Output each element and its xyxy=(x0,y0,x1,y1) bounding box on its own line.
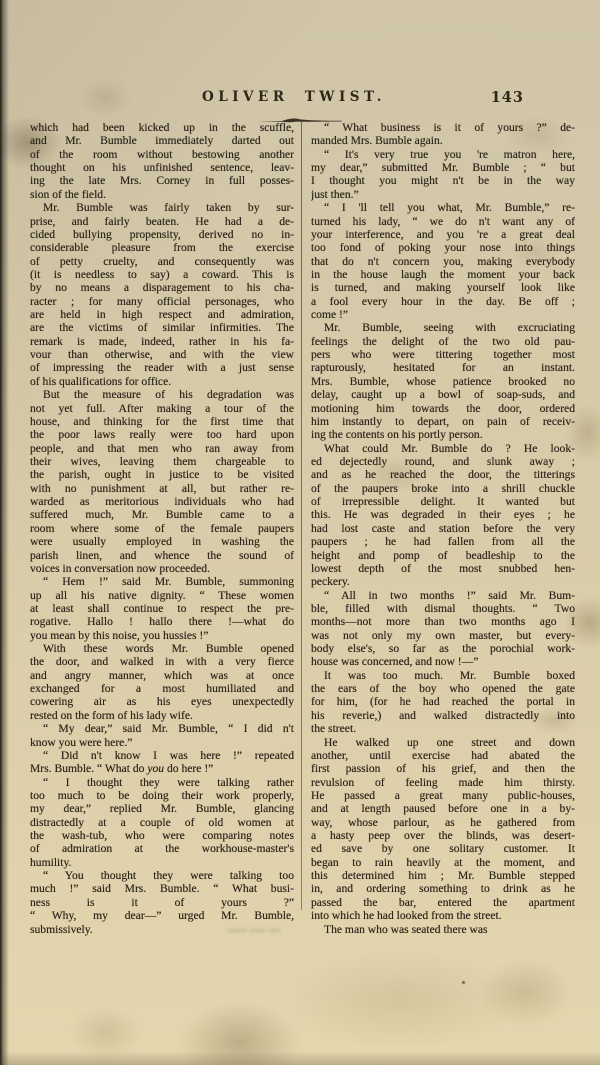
text-line: into which he had looked from the street… xyxy=(311,909,575,922)
text-line: Mrs. Bumble. “ What do you do here !” xyxy=(30,762,294,775)
paragraph: With these words Mr. Bumble openedthe do… xyxy=(30,642,294,722)
text-line: “ It's very true you 're matron here, xyxy=(311,148,575,161)
paragraph: But the measure of his degradation wasno… xyxy=(30,388,294,575)
text-line: voices in conversation now proceeded. xyxy=(30,562,294,575)
text-line: of admiration at the workhouse-master's xyxy=(30,842,294,855)
text-line: What could Mr. Bumble do ? He look- xyxy=(311,442,575,455)
text-line: of petty cruelty, and consequently was xyxy=(30,255,294,268)
text-line: a hasty peep over the blinds, was desert… xyxy=(311,829,575,842)
text-line: “ All in two months !” said Mr. Bum- xyxy=(311,589,575,602)
text-line: lowest depth of the most snubbed hen- xyxy=(311,562,575,575)
text-line: the ears of the boy who opened the gate xyxy=(311,682,575,695)
text-line: revulsion of feeling made him thirsty. xyxy=(311,776,575,789)
text-line: him instantly to depart, on pain of rece… xyxy=(311,415,575,428)
text-line: rapturously, hesitated for an instant. xyxy=(311,361,575,374)
paragraph: “ What business is it of yours ?” de-man… xyxy=(311,121,575,148)
text-line: “ I thought they were talking rather xyxy=(30,776,294,789)
text-line: body else's, so far as the porochial wor… xyxy=(311,642,575,655)
text-line: “ Hem !” said Mr. Bumble, summoning xyxy=(30,575,294,588)
text-line: Mrs. Bumble, whose patience brooked no xyxy=(311,375,575,388)
text-line: for him, (for he had reached the portal … xyxy=(311,695,575,708)
text-line: vour than otherwise, and with the view xyxy=(30,348,294,361)
text-line: a fool every hour in the day. Be off ; xyxy=(311,295,575,308)
text-line: prise, and fairly beaten. He had a de- xyxy=(30,215,294,228)
text-line: just then.” xyxy=(311,188,575,201)
paragraph: “ My dear,” said Mr. Bumble, “ I did n't… xyxy=(30,722,294,749)
text-line: “ Did n't know I was here !” repeated xyxy=(30,749,294,762)
text-line: turned his lady, “ we do n't want any of xyxy=(311,215,575,228)
text-line: way, whose parlour, as he gathered from xyxy=(311,816,575,829)
text-line: ing the late Mrs. Corney in full posses- xyxy=(30,174,294,187)
text-line: room where some of the female paupers xyxy=(30,522,294,535)
book-page: OLIVER TWIST. 143 which had been kicked … xyxy=(0,0,600,1065)
text-line: this determined him ; Mr. Bumble stepped xyxy=(311,869,575,882)
text-columns: which had been kicked up in the scuffle,… xyxy=(30,121,575,936)
text-line: It was too much. Mr. Bumble boxed xyxy=(311,669,575,682)
text-line: cowering air as his eyes unexpectedly xyxy=(30,695,294,708)
text-line: the street. xyxy=(311,722,575,735)
text-line: feelings the delight of the two old pau- xyxy=(311,335,575,348)
text-line: and at length paused before one in a by- xyxy=(311,802,575,815)
text-line: in the house laugh the moment your back xyxy=(311,268,575,281)
text-line: the poor laws really were too hard upon xyxy=(30,428,294,441)
text-line: in, and ordering something to drink as h… xyxy=(311,882,575,895)
text-line: suffered much, Mr. Bumble came to a xyxy=(30,508,294,521)
paragraph: “ All in two months !” said Mr. Bum-ble,… xyxy=(311,589,575,669)
text-line: pers who were tittering together most xyxy=(311,348,575,361)
text-line: my dear,” replied Mr. Bumble, glancing xyxy=(30,802,294,815)
text-line: you mean by this noise, you hussies !” xyxy=(30,629,294,642)
text-line: ed save by one solitary customer. It xyxy=(311,842,575,855)
text-line: humility. xyxy=(30,856,294,869)
text-line: began to rain heavily at the moment, and xyxy=(311,856,575,869)
text-line: with no punishment at all, but rather re… xyxy=(30,482,294,495)
paragraph: The man who was seated there was xyxy=(311,923,575,936)
text-line: ble, filled with dismal thoughts. “ Two xyxy=(311,602,575,615)
text-line: up all his native dignity. “ These women xyxy=(30,589,294,602)
text-line: that do n't concern you, making everybod… xyxy=(311,255,575,268)
paragraph: “ Did n't know I was here !” repeatedMrs… xyxy=(30,749,294,776)
text-line: his reverie,) and walked distractedly in… xyxy=(311,709,575,722)
page-bottom-edge xyxy=(0,1051,600,1065)
text-line: is turned, and making yourself look like xyxy=(311,281,575,294)
text-line: “ My dear,” said Mr. Bumble, “ I did n't xyxy=(30,722,294,735)
text-line: exchanged for a most humiliated and xyxy=(30,682,294,695)
paragraph: “ It's very true you 're matron here,my … xyxy=(311,148,575,201)
text-line: submissively. xyxy=(30,923,294,936)
text-line: “ Why, my dear—” urged Mr. Bumble, xyxy=(30,909,294,922)
text-line: your interference, and you 're a great d… xyxy=(311,228,575,241)
text-line: The man who was seated there was xyxy=(311,923,575,936)
text-line: of his qualifications for office. xyxy=(30,375,294,388)
text-line: passed the bar, entered the apartment xyxy=(311,896,575,909)
text-line: He passed a great many public-houses, xyxy=(311,789,575,802)
paragraph: “ Hem !” said Mr. Bumble, summoningup al… xyxy=(30,575,294,642)
text-line: house was concerned, and now !—” xyxy=(311,655,575,668)
text-line: cided bullying propensity, derived no in… xyxy=(30,228,294,241)
paragraph: It was too much. Mr. Bumble boxedthe ear… xyxy=(311,669,575,736)
text-line: by no means a disparagement to his cha- xyxy=(30,281,294,294)
text-line: come !” xyxy=(311,308,575,321)
text-line: considerable pleasure from the exercise xyxy=(30,241,294,254)
page-number: 143 xyxy=(491,89,524,106)
paragraph: “ I 'll tell you what, Mr. Bumble,” re-t… xyxy=(311,201,575,321)
text-line: Mr. Bumble, seeing with excruciating xyxy=(311,321,575,334)
page-left-edge xyxy=(0,0,9,1065)
text-line: the wash-tub, who were comparing notes xyxy=(30,829,294,842)
text-line: warded as meritorious individuals who ha… xyxy=(30,495,294,508)
text-line: too much to be doing their work properly… xyxy=(30,789,294,802)
paragraph: “ I thought they were talking rathertoo … xyxy=(30,776,294,870)
text-line: were usually employed in washing the xyxy=(30,535,294,548)
text-line: was not only my own master, but every- xyxy=(311,629,575,642)
text-line: house, and thinking for the first time t… xyxy=(30,415,294,428)
right-column: “ What business is it of yours ?” de-man… xyxy=(311,121,575,936)
text-line: of the room without bestowing another xyxy=(30,148,294,161)
text-line: are the victims of similar infirmities. … xyxy=(30,321,294,334)
paragraph: Mr. Bumble was fairly taken by sur-prise… xyxy=(30,201,294,388)
paragraph: which had been kicked up in the scuffle,… xyxy=(30,121,294,201)
text-line: months—not more than two months ago I xyxy=(311,615,575,628)
text-line: remark is made, indeed, rather in his fa… xyxy=(30,335,294,348)
text-line: another, until exercise had abated the xyxy=(311,749,575,762)
text-line: people, and that men who ran away from xyxy=(30,442,294,455)
text-line: are held in high respect and admiration, xyxy=(30,308,294,321)
text-line: With these words Mr. Bumble opened xyxy=(30,642,294,655)
text-line: at least shall continue to respect the p… xyxy=(30,602,294,615)
text-line: manded Mrs. Bumble again. xyxy=(311,134,575,147)
text-line: distractedly at a couple of old women at xyxy=(30,816,294,829)
text-line: “ What business is it of yours ?” de- xyxy=(311,121,575,134)
paragraph: What could Mr. Bumble do ? He look-ed de… xyxy=(311,442,575,589)
running-head: OLIVER TWIST. 143 xyxy=(0,89,600,107)
text-line: sion of the field. xyxy=(30,188,294,201)
text-line: height and pomp of beadleship to the xyxy=(311,549,575,562)
text-line: much !” said Mrs. Bumble. “ What busi- xyxy=(30,882,294,895)
paragraph: “ You thought they were talking toomuch … xyxy=(30,869,294,936)
text-line: and Mr. Bumble immediately darted out xyxy=(30,134,294,147)
text-line: Mr. Bumble was fairly taken by sur- xyxy=(30,201,294,214)
text-line: He walked up one street and down xyxy=(311,736,575,749)
paragraph: Mr. Bumble, seeing with excruciatingfeel… xyxy=(311,321,575,441)
text-line: ed dejectedly round, and slunk away ; xyxy=(311,455,575,468)
text-line: of impressing the reader with a just sen… xyxy=(30,361,294,374)
paragraph: He walked up one street and downanother,… xyxy=(311,736,575,923)
text-line: ness is it of yours ?” xyxy=(30,896,294,909)
text-line: know you were here.” xyxy=(30,736,294,749)
text-line: thought on his unfinished sentence, leav… xyxy=(30,161,294,174)
text-line: delay, caught up a bowl of soap-suds, an… xyxy=(311,388,575,401)
text-line: But the measure of his degradation was xyxy=(30,388,294,401)
text-line: which had been kicked up in the scuffle, xyxy=(30,121,294,134)
text-line: their wives, leaving them chargeable to xyxy=(30,455,294,468)
text-line: “ I 'll tell you what, Mr. Bumble,” re- xyxy=(311,201,575,214)
text-line: first passion of his grief, and then the xyxy=(311,762,575,775)
text-line: this. He was degraded in their eyes ; he xyxy=(311,508,575,521)
text-line: too fond of poking your nose into things xyxy=(311,241,575,254)
text-line: peckery. xyxy=(311,575,575,588)
text-line: paupers ; he had fallen from all the xyxy=(311,535,575,548)
text-line: and angry manner, which was at once xyxy=(30,669,294,682)
text-line: my dear,” submitted Mr. Bumble ; “ but xyxy=(311,161,575,174)
text-line: ing the contents on his portly person. xyxy=(311,428,575,441)
text-line: “ You thought they were talking too xyxy=(30,869,294,882)
text-line: and as he reached the door, the titterin… xyxy=(311,468,575,481)
text-line: of the paupers broke into a shrill chuck… xyxy=(311,482,575,495)
text-line: not yet full. After making a tour of the xyxy=(30,402,294,415)
left-column: which had been kicked up in the scuffle,… xyxy=(30,121,294,936)
text-line: (it is needless to say) a coward. This i… xyxy=(30,268,294,281)
text-line: the door, and walked in with a very fier… xyxy=(30,655,294,668)
text-line: I thought you might n't be in the way xyxy=(311,174,575,187)
text-line: motioning him towards the door, ordered xyxy=(311,402,575,415)
text-line: the parish, ought in justice to be visit… xyxy=(30,468,294,481)
text-line: rogative. Hallo ! hallo there !—what do xyxy=(30,615,294,628)
text-line: had lost caste and station before the ve… xyxy=(311,522,575,535)
text-line: of irrepressible delight. It wanted but xyxy=(311,495,575,508)
text-line: racter ; for many official personages, w… xyxy=(30,295,294,308)
text-line: parish linen, and whence the sound of xyxy=(30,549,294,562)
text-line: rested on the form of his lady wife. xyxy=(30,709,294,722)
